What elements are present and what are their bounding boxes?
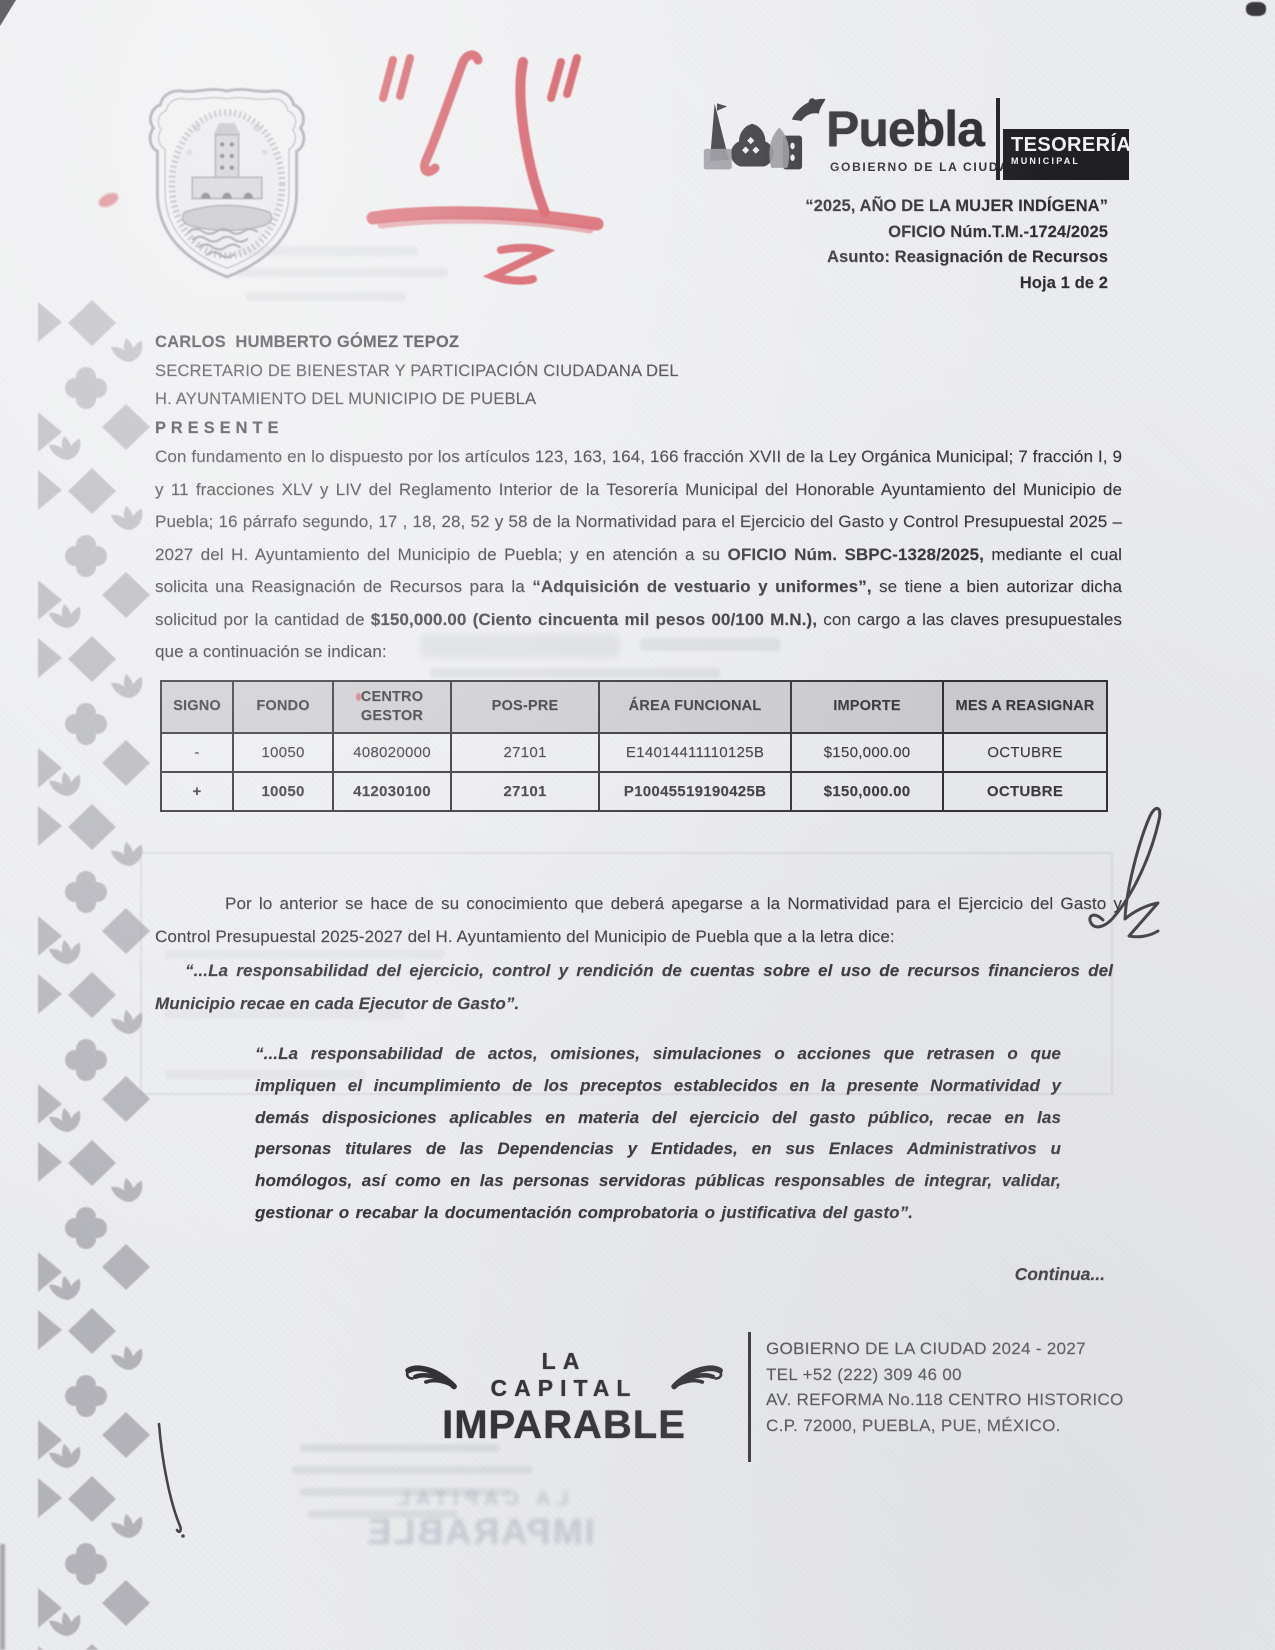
col-header-centro-gestor: CENTRO GESTOR	[333, 681, 451, 733]
contact-line: AV. REFORMA No.118 CENTRO HISTORICO	[766, 1387, 1124, 1413]
cell-fondo: 10050	[233, 772, 333, 811]
cell-pos-pre: 27101	[451, 772, 599, 811]
red-speck-mark	[356, 693, 361, 701]
red-smudge-mark	[96, 190, 120, 210]
col-header-area-funcional: ÁREA FUNCIONAL	[599, 681, 791, 733]
capital-slogan: LA CAPITAL	[465, 1348, 663, 1402]
cell-signo: +	[161, 772, 233, 811]
oficio-number: OFICIO Núm.T.M.-1724/2025	[805, 220, 1108, 246]
opening-paragraph: Con fundamento en lo dispuesto por los a…	[155, 441, 1122, 669]
brand-tagline: GOBIERNO DE LA CIUDAD	[830, 160, 1020, 174]
page: LA CAPITAL IMPARABLE	[0, 0, 1275, 1650]
contact-line: TEL +52 (222) 309 46 00	[766, 1362, 1124, 1388]
cell-signo: -	[161, 733, 233, 772]
cell-pos-pre: 27101	[451, 733, 599, 772]
pen-signature	[1085, 772, 1200, 947]
bleedthrough-text	[292, 1466, 532, 1474]
wing-right-icon	[670, 1360, 724, 1390]
cell-fondo: 10050	[233, 733, 333, 772]
col-header-mes: MES A REASIGNAR	[943, 681, 1107, 733]
scan-artifact-edge	[0, 1544, 5, 1650]
imparable-wordmark: IMPARABLE	[404, 1403, 724, 1448]
cell-importe: $150,000.00	[791, 733, 943, 772]
capital-imparable-logo: LA CAPITAL IMPARABLE	[404, 1348, 724, 1448]
salutation: P R E S E N T E	[155, 414, 679, 443]
wordmark-accent-icon: ^	[918, 91, 931, 149]
contact-line: GOBIERNO DE LA CIUDAD 2024 - 2027	[766, 1336, 1124, 1362]
recipient-title-2: H. AYUNTAMIENTO DEL MUNICIPIO DE PUEBLA	[155, 385, 679, 414]
recipient-name: CARLOS HUMBERTO GÓMEZ TEPOZ	[155, 328, 679, 357]
subject-line: Asunto: Reasignación de Recursos	[805, 245, 1108, 271]
contact-info: GOBIERNO DE LA CIUDAD 2024 - 2027 TEL +5…	[766, 1336, 1124, 1438]
bleedthrough-slogan-top: LA CAPITAL	[310, 1488, 650, 1511]
scan-artifact-corner	[1246, 2, 1266, 16]
amount-reference: $150,000.00 (Ciento cincuenta mil pesos …	[371, 610, 817, 629]
footer-divider	[748, 1332, 751, 1462]
puebla-monuments-icon	[695, 84, 827, 180]
notice-paragraph: Por lo anterior se hace de su conocimien…	[155, 888, 1122, 953]
table-row: - 10050 408020000 27101 E14014411110125B…	[161, 733, 1107, 772]
page-indicator: Hoja 1 de 2	[805, 271, 1108, 297]
table-header-row: SIGNO FONDO CENTRO GESTOR POS-PRE ÁREA F…	[161, 681, 1107, 733]
oficio-reference: OFICIO Núm. SBPC-1328/2025,	[728, 545, 984, 564]
cell-mes: OCTUBRE	[943, 733, 1107, 772]
continuation-note: Continua...	[1015, 1264, 1105, 1285]
contact-line: C.P. 72000, PUEBLA, PUE, MÉXICO.	[766, 1413, 1124, 1439]
oficio-header-block: “2025, AÑO DE LA MUJER INDÍGENA” OFICIO …	[805, 194, 1108, 296]
concept-reference: “Adquisición de vestuario y uniformes”,	[532, 577, 871, 596]
recipient-title-1: SECRETARIO DE BIENESTAR Y PARTICIPACIÓN …	[155, 357, 679, 386]
red-grade-annotation	[365, 28, 610, 293]
col-header-importe: IMPORTE	[791, 681, 943, 733]
cell-importe: $150,000.00	[791, 772, 943, 811]
header-motto: “2025, AÑO DE LA MUJER INDÍGENA”	[805, 194, 1108, 220]
scan-artifact-corner	[0, 0, 16, 26]
col-header-fondo: FONDO	[233, 681, 333, 733]
bleedthrough-slogan-bottom: IMPARABLE	[310, 1511, 650, 1553]
budget-table: SIGNO FONDO CENTRO GESTOR POS-PRE ÁREA F…	[160, 680, 1108, 812]
tesoreria-title: TESORERÍA	[1011, 134, 1121, 156]
bleedthrough-text	[246, 292, 406, 301]
tesoreria-subtitle: MUNICIPAL	[1011, 156, 1121, 166]
cell-mes: OCTUBRE	[943, 772, 1107, 811]
wing-left-icon	[404, 1360, 458, 1390]
cell-area-funcional: P10045519190425B	[599, 772, 791, 811]
col-header-pos-pre: POS-PRE	[451, 681, 599, 733]
col-header-signo: SIGNO	[161, 681, 233, 733]
coat-of-arms-icon	[139, 80, 315, 292]
pen-stroke	[146, 1418, 201, 1548]
talavera-margin-pattern	[38, 296, 150, 1650]
puebla-wordmark-text: Puebla	[826, 101, 984, 157]
bleedthrough-text	[430, 668, 720, 678]
brand-divider	[996, 98, 1000, 180]
recipient-block: CARLOS HUMBERTO GÓMEZ TEPOZ SECRETARIO D…	[155, 328, 679, 442]
tesoreria-badge: TESORERÍA MUNICIPAL	[1003, 129, 1129, 180]
cell-centro-gestor: 412030100	[333, 772, 451, 811]
normative-quote-2: “...La responsabilidad de actos, omision…	[255, 1038, 1061, 1229]
bleedthrough-slogan: LA CAPITAL IMPARABLE	[310, 1488, 650, 1553]
table-row: + 10050 412030100 27101 P10045519190425B…	[161, 772, 1107, 811]
normative-quote-1: “...La responsabilidad del ejercicio, co…	[155, 955, 1113, 1020]
puebla-wordmark: Puebla ^	[826, 100, 984, 158]
cell-centro-gestor: 408020000	[333, 733, 451, 772]
cell-area-funcional: E14014411110125B	[599, 733, 791, 772]
